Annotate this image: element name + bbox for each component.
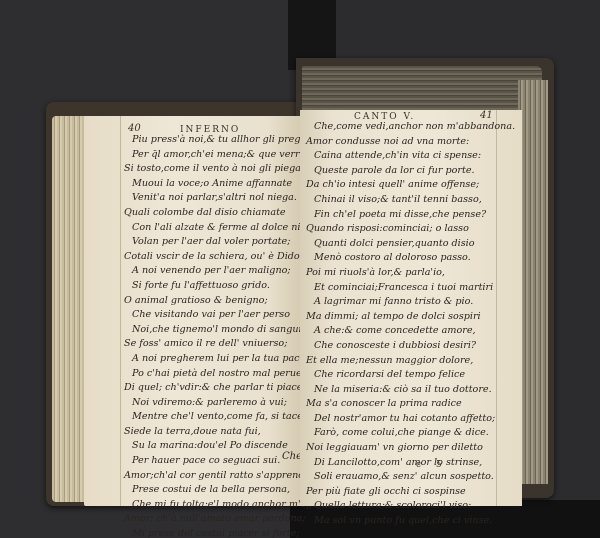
signature-mark: c 5 <box>416 460 448 470</box>
verse-line: Ne la miseria:& ciò sa il tuo dottore. <box>306 383 515 398</box>
verse-line: Di Lancilotto,com' amor lo strinse, <box>306 456 515 471</box>
page-edges-left <box>52 116 86 502</box>
verse-line: Quanti dolci pensier,quanto disio <box>306 237 515 252</box>
page-edges-right <box>518 80 548 484</box>
verse-line: Del nostr'amor tu hai cotanto affetto; <box>306 412 515 427</box>
right-page: CANTO V. 41 Che,come vedi,anchor non m'a… <box>300 110 522 506</box>
verse-line: Quella lettura;& scoloroci'l viso: <box>306 499 515 514</box>
verse-line: Che conosceste i dubbiosi desiri? <box>306 339 515 354</box>
verse-line: Ma dimmi; al tempo de dolci sospiri <box>306 310 515 325</box>
verse-line: Et cominciai;Francesca i tuoi martiri <box>306 281 515 296</box>
verse-line: Poi mi riuols'à lor,& parla'io, <box>306 266 515 281</box>
verse-line: Che,come vedi,anchor non m'abbandona. <box>306 120 515 135</box>
verse-line: Ma s'a conoscer la prima radice <box>306 397 515 412</box>
verse-line: Quando risposi:cominciai; o lasso <box>306 222 515 237</box>
verse-line: Menò costoro al doloroso passo. <box>306 251 515 266</box>
verse-line: Amor condusse noi ad vna morte: <box>306 135 515 150</box>
catchword: Che <box>282 451 302 462</box>
verse-line: Caina attende,ch'in vita ci spense: <box>306 149 515 164</box>
verse-line: A che:& come concedette amore, <box>306 324 515 339</box>
verse-line: Soli erauamo,& senz' alcun sospetto. <box>306 470 515 485</box>
verse-list: Che,come vedi,anchor non m'abbandona.Amo… <box>306 120 515 529</box>
verse-line: Mi prese del costui piacer si forte; <box>124 527 337 538</box>
page-edges-top <box>302 66 542 116</box>
verse-line: Fin ch'el poeta mi disse,che pense? <box>306 208 515 223</box>
verse-line: A lagrimar mi fanno tristo & pio. <box>306 295 515 310</box>
verse-line: Farò, come colui,che piange & dice. <box>306 426 515 441</box>
verse-line: Per più fiate gli occhi ci sospinse <box>306 485 515 500</box>
verse-line: Amor; ch'à null'amato amar perdona; <box>124 512 337 527</box>
verse-line: Chinai il viso;& tant'il tenni basso, <box>306 193 515 208</box>
margin-rule <box>120 116 121 506</box>
verse-line: Da ch'io intesi quell' anime offense; <box>306 178 515 193</box>
verse-line: Noi leggiauam' vn giorno per diletto <box>306 441 515 456</box>
verse-line: Che ricordarsi del tempo felice <box>306 368 515 383</box>
left-page: 40 INFERNO Piu press'à noi,& tu allhor g… <box>84 116 300 506</box>
verse-line: Queste parole da lor ci fur porte. <box>306 164 515 179</box>
verse-line: Et ella me;nessun maggior dolore, <box>306 354 515 369</box>
verse-line: Ma sol vn punto fu quel,che ci vinse. <box>306 514 515 529</box>
